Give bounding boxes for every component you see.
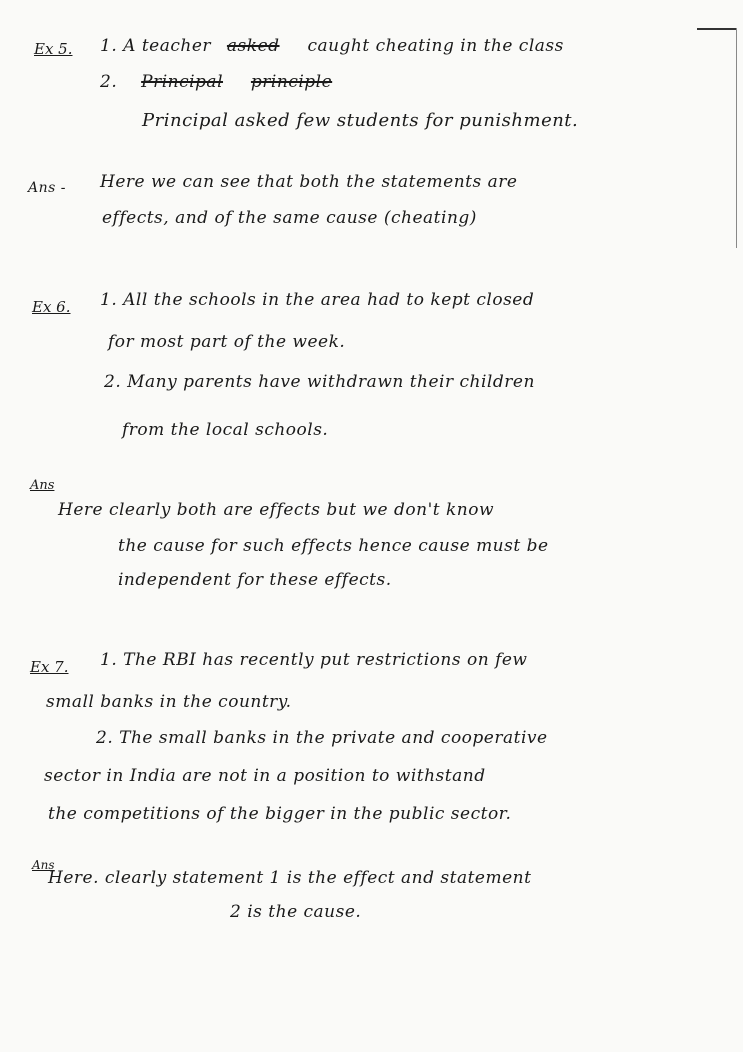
page-edge-mark	[697, 28, 737, 30]
statement-text: A teacher	[123, 36, 211, 56]
statement-text: All the schools in the area had to kept …	[123, 290, 534, 310]
answer-line: independent for these effects.	[118, 570, 392, 590]
struck-word: asked	[227, 36, 280, 56]
example-label: Ex 6.	[32, 298, 71, 316]
statement-text: Many parents have withdrawn their childr…	[127, 372, 535, 392]
answer-line: Here clearly both are effects but we don…	[58, 500, 494, 520]
statement-number: 1.	[100, 36, 117, 56]
statement-text: the competitions of the bigger in the pu…	[48, 804, 511, 824]
example-label: Ex 7.	[30, 658, 69, 676]
statement-2: Principal asked few students for punishm…	[142, 110, 578, 131]
statement-number: 1.	[100, 290, 117, 310]
struck-word: principle	[251, 72, 332, 92]
statement-text: for most part of the week.	[108, 332, 345, 352]
statement-number: 2.	[100, 72, 117, 92]
answer-line: Here we can see that both the statements…	[100, 172, 517, 192]
notebook-page: Ex 5. 1. A teacher asked caught cheating…	[0, 0, 743, 1052]
answer-line: Here. clearly statement 1 is the effect …	[48, 868, 531, 888]
statement-2: 2. The small banks in the private and co…	[96, 728, 548, 748]
statement-1: 1. A teacher asked caught cheating in th…	[100, 36, 564, 56]
statement-number: 2.	[96, 728, 113, 748]
page-edge	[736, 28, 743, 248]
statement-1: 1. The RBI has recently put restrictions…	[100, 650, 527, 670]
statement-text: sector in India are not in a position to…	[44, 766, 486, 786]
answer-line: 2 is the cause.	[230, 902, 361, 922]
answer-label: Ans -	[28, 180, 66, 196]
statement-2: 2. Many parents have withdrawn their chi…	[104, 372, 535, 392]
answer-line: effects, and of the same cause (cheating…	[102, 208, 477, 228]
statement-text: caught cheating in the class	[307, 36, 563, 56]
example-label: Ex 5.	[34, 40, 73, 58]
struck-word: Principal	[141, 72, 223, 92]
statement-1: 1. All the schools in the area had to ke…	[100, 290, 534, 310]
statement-number: 1.	[100, 650, 117, 670]
statement-text: small banks in the country.	[46, 692, 292, 712]
statement-text: from the local schools.	[122, 420, 328, 440]
answer-label: Ans	[30, 478, 54, 493]
statement-number: 2.	[104, 372, 121, 392]
statement-text: The RBI has recently put restrictions on…	[123, 650, 527, 670]
answer-line: the cause for such effects hence cause m…	[118, 536, 549, 556]
statement-2-struck: 2. Principal principle	[100, 72, 354, 92]
statement-text: The small banks in the private and coope…	[119, 728, 547, 748]
